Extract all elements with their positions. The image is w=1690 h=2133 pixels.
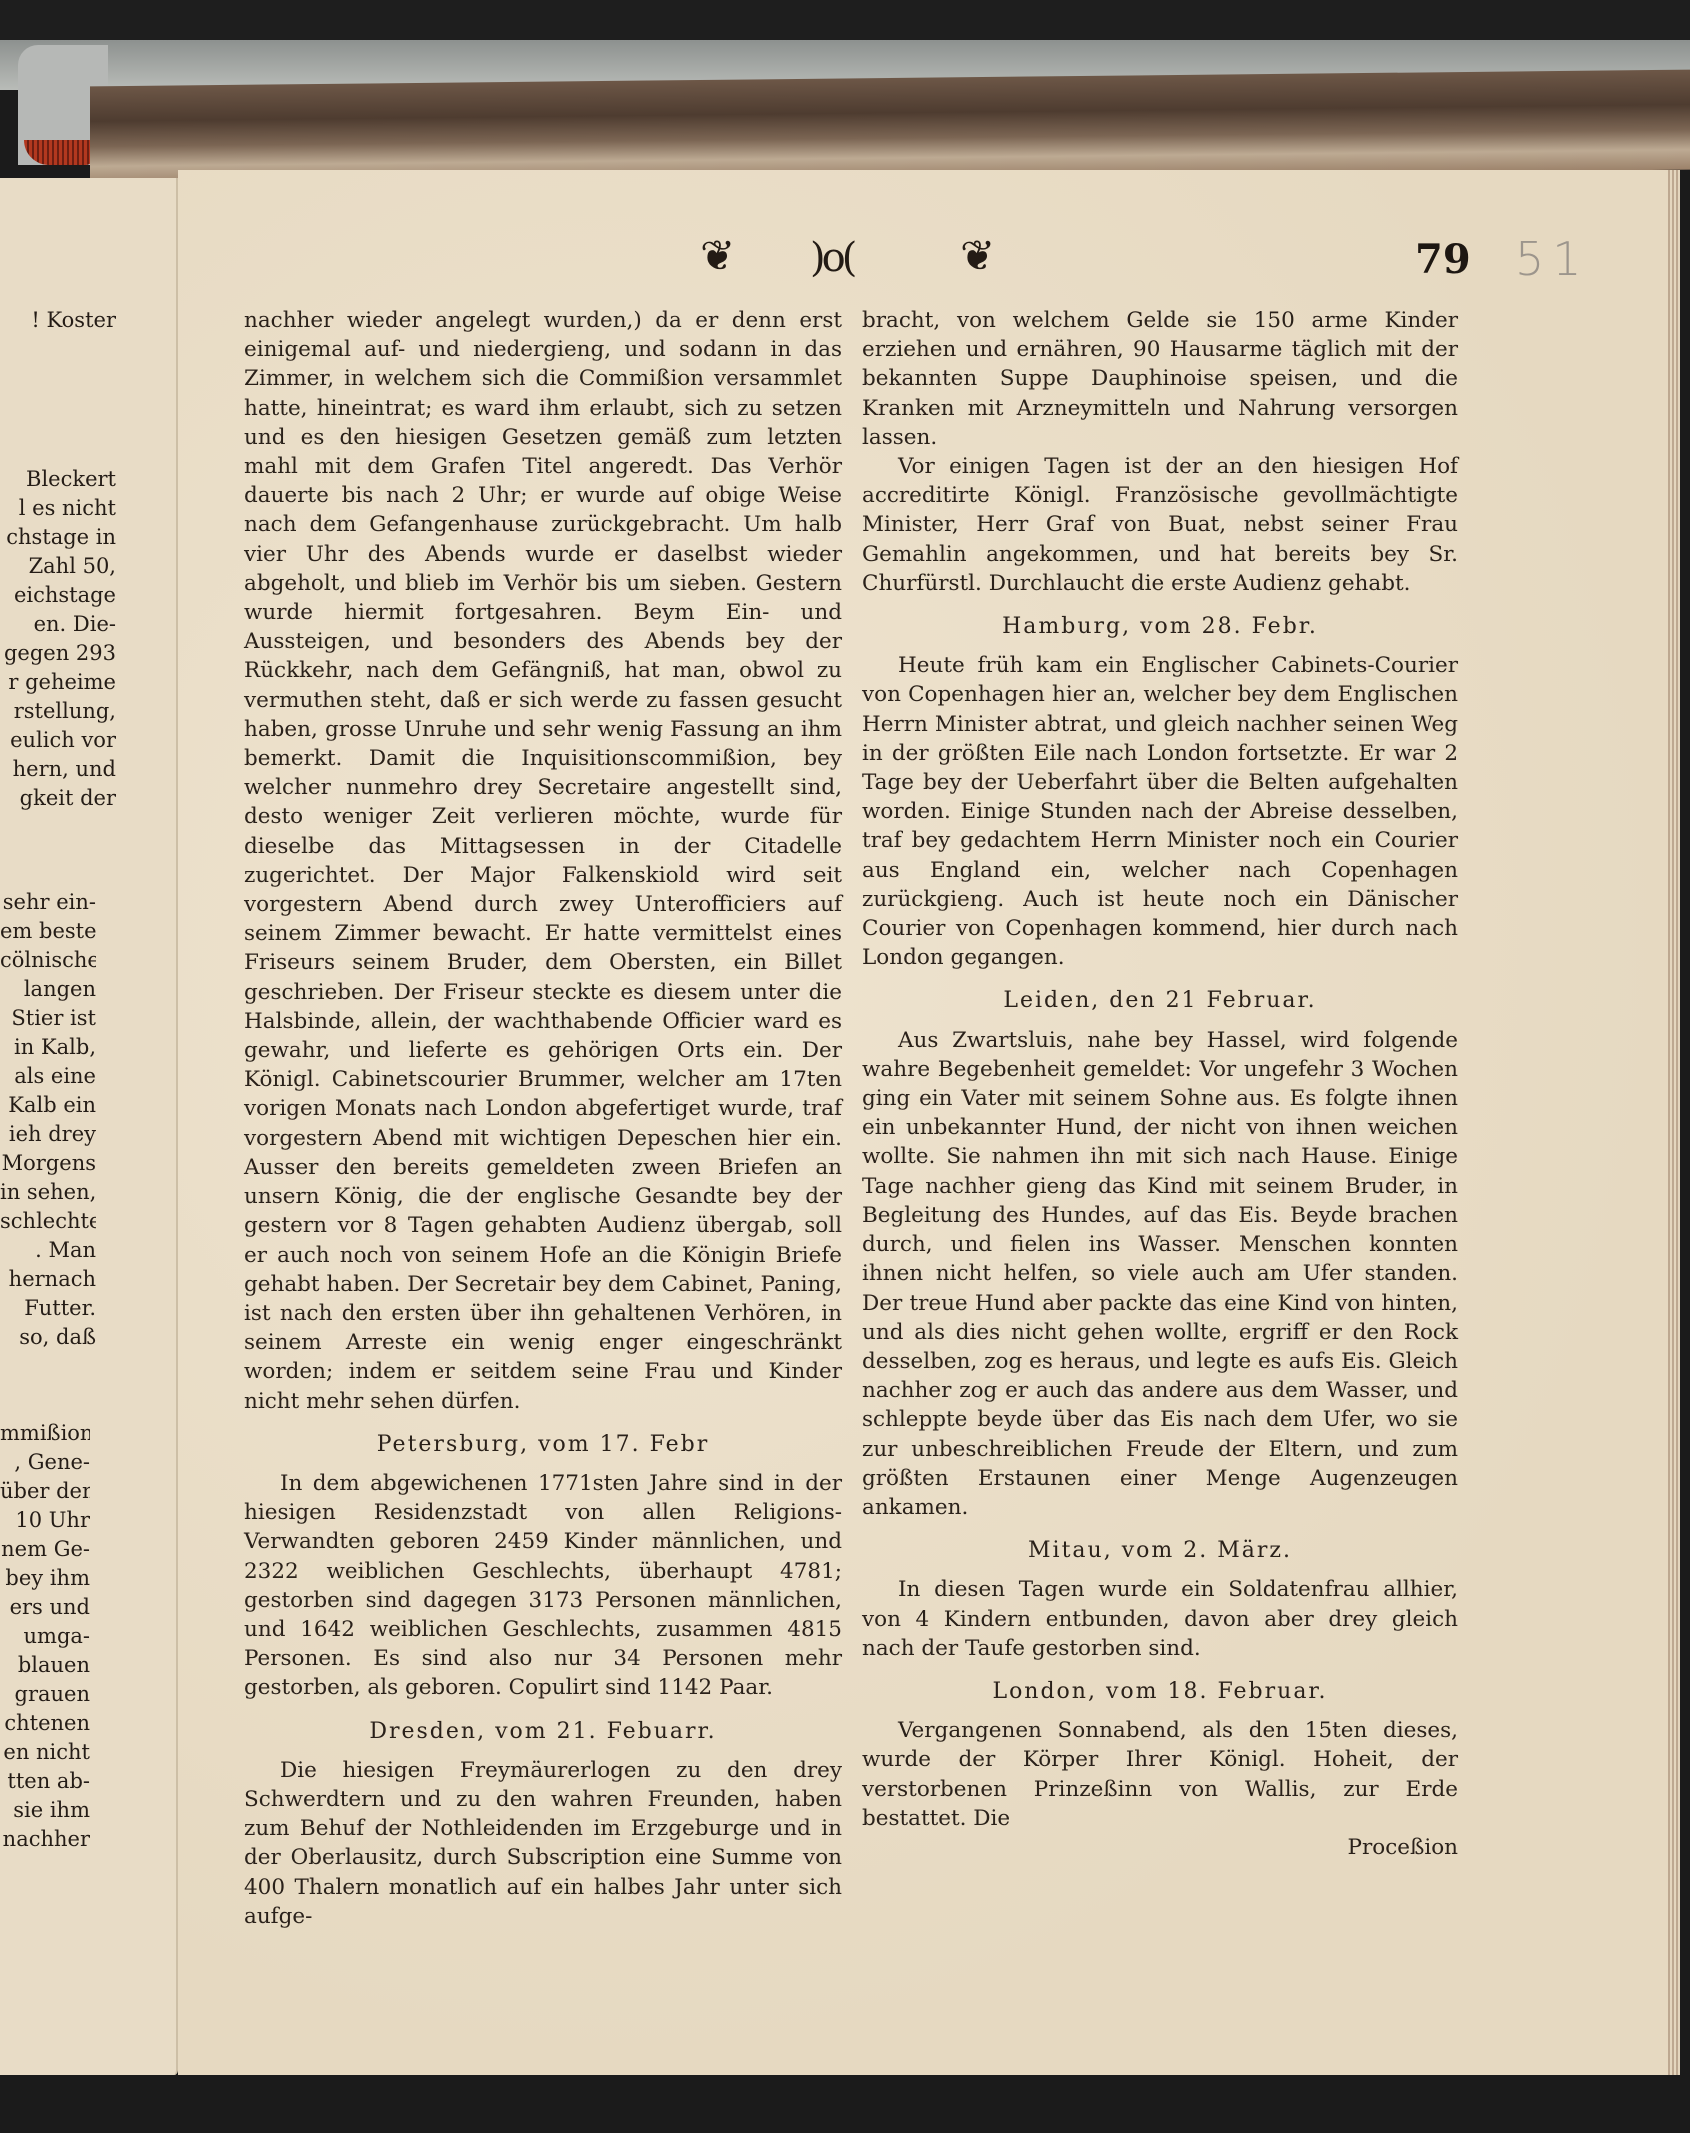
right-column: bracht, von welchem Gelde sie 150 arme K… xyxy=(862,306,1458,1862)
page-fore-edge xyxy=(1668,170,1680,2075)
fragment-line: 10 Uhr xyxy=(0,1506,90,1535)
article-mitau: In diesen Tagen wurde ein Soldatenfrau a… xyxy=(862,1575,1458,1663)
fragment-line: blauen xyxy=(0,1651,90,1680)
fragment-line: ers und xyxy=(0,1593,90,1622)
fragment-line: em besten xyxy=(0,917,96,946)
article-petersburg: In dem abgewichenen 1771sten Jahre sind … xyxy=(244,1469,842,1703)
fragment-line: chstage in xyxy=(0,523,116,552)
fragment-line: eulich vor xyxy=(0,726,116,755)
fragment-line: mmißion xyxy=(0,1419,90,1448)
fragment-line: chtenen xyxy=(0,1709,90,1738)
fragment-line: eichstage xyxy=(0,581,116,610)
fragment-line: Zahl 50, xyxy=(0,552,116,581)
fragment-line: tten ab- xyxy=(0,1767,90,1796)
left-page-fragment-top: ! Koster xyxy=(0,306,116,335)
fragment-line: umga- xyxy=(0,1622,90,1651)
article-hamburg: Heute früh kam ein Englischer Cabinets-C… xyxy=(862,651,1458,972)
left-page-fragment-block-2: sehr ein- em besten cölnischer langen St… xyxy=(0,888,96,1352)
fragment-line: l es nicht xyxy=(0,494,116,523)
dateline-leiden: Leiden, den 21 Februar. xyxy=(862,986,1458,1015)
fragment-line: Morgens xyxy=(0,1149,96,1178)
fragment-line: Bleckert xyxy=(0,465,116,494)
dateline-petersburg: Petersburg, vom 17. Febr xyxy=(244,1430,842,1459)
fragment-line: , Gene- xyxy=(0,1448,90,1477)
fragment-line: langen xyxy=(0,975,96,1004)
fragment-line: hernach xyxy=(0,1265,96,1294)
ornament-separator: )o( xyxy=(810,234,853,282)
scan-background-bottom xyxy=(0,2075,1690,2133)
fragment-line: ! Koster xyxy=(0,306,116,335)
fragment-line: in sehen, xyxy=(0,1178,96,1207)
fragment-line: r geheime xyxy=(0,668,116,697)
article-dresden: Die hiesigen Freymäurerlogen zu den drey… xyxy=(244,1756,842,1931)
dateline-mitau: Mitau, vom 2. März. xyxy=(862,1536,1458,1565)
fragment-line: sie ihm xyxy=(0,1796,90,1825)
fragment-line: en nicht xyxy=(0,1738,90,1767)
fragment-line: cölnischer xyxy=(0,946,96,975)
fragment-line: Stier ist xyxy=(0,1004,96,1033)
fragment-line: schlechte xyxy=(0,1207,96,1236)
fragment-line: hern, und xyxy=(0,755,116,784)
page-edges xyxy=(90,70,1690,187)
fragment-line: Futter. xyxy=(0,1294,96,1323)
article-dresden-minister: Vor einigen Tagen ist der an den hiesige… xyxy=(862,452,1458,598)
fragment-line: so, daß xyxy=(0,1323,96,1352)
fragment-line: . Man xyxy=(0,1236,96,1265)
running-head: ❦ )o( ❦ 79 51 xyxy=(700,232,1600,292)
article-continuation-copenhagen: nachher wieder angelegt wurden,) da er d… xyxy=(244,306,842,1416)
article-dresden-continuation: bracht, von welchem Gelde sie 150 arme K… xyxy=(862,306,1458,452)
left-column: nachher wieder angelegt wurden,) da er d… xyxy=(244,306,842,1931)
left-page-fragment-block-3: mmißion , Gene- über den 10 Uhr nem Ge- … xyxy=(0,1419,90,1854)
fragment-line: über den xyxy=(0,1477,90,1506)
fragment-line: gkeit der xyxy=(0,784,116,813)
catchword: Proceßion xyxy=(862,1833,1458,1862)
fragment-line: Kalb ein xyxy=(0,1091,96,1120)
fragment-line: nem Ge- xyxy=(0,1535,90,1564)
fragment-line: en. Die- xyxy=(0,610,116,639)
dateline-hamburg: Hamburg, vom 28. Febr. xyxy=(862,612,1458,641)
fragment-line: bey ihm xyxy=(0,1564,90,1593)
article-london: Vergangenen Sonnabend, als den 15ten die… xyxy=(862,1716,1458,1833)
left-page-fragment-block-1: Bleckert l es nicht chstage in Zahl 50, … xyxy=(0,465,116,813)
fragment-line: nachher xyxy=(0,1825,90,1854)
fragment-line: rstellung, xyxy=(0,697,116,726)
shell-ornament-icon: ❦ xyxy=(960,232,995,280)
dateline-dresden: Dresden, vom 21. Febuarr. xyxy=(244,1717,842,1746)
shell-ornament-icon: ❦ xyxy=(700,232,735,280)
fragment-line: ieh drey xyxy=(0,1120,96,1149)
page-number: 79 xyxy=(1415,236,1471,283)
fragment-line: sehr ein- xyxy=(0,888,96,917)
fragment-line: gegen 293 xyxy=(0,639,116,668)
fragment-line: als eine xyxy=(0,1062,96,1091)
fragment-line: grauen xyxy=(0,1680,90,1709)
article-leiden: Aus Zwartsluis, nahe bey Hassel, wird fo… xyxy=(862,1026,1458,1522)
dateline-london: London, vom 18. Februar. xyxy=(862,1677,1458,1706)
pencil-folio-number: 51 xyxy=(1515,232,1590,286)
fragment-line: in Kalb, xyxy=(0,1033,96,1062)
